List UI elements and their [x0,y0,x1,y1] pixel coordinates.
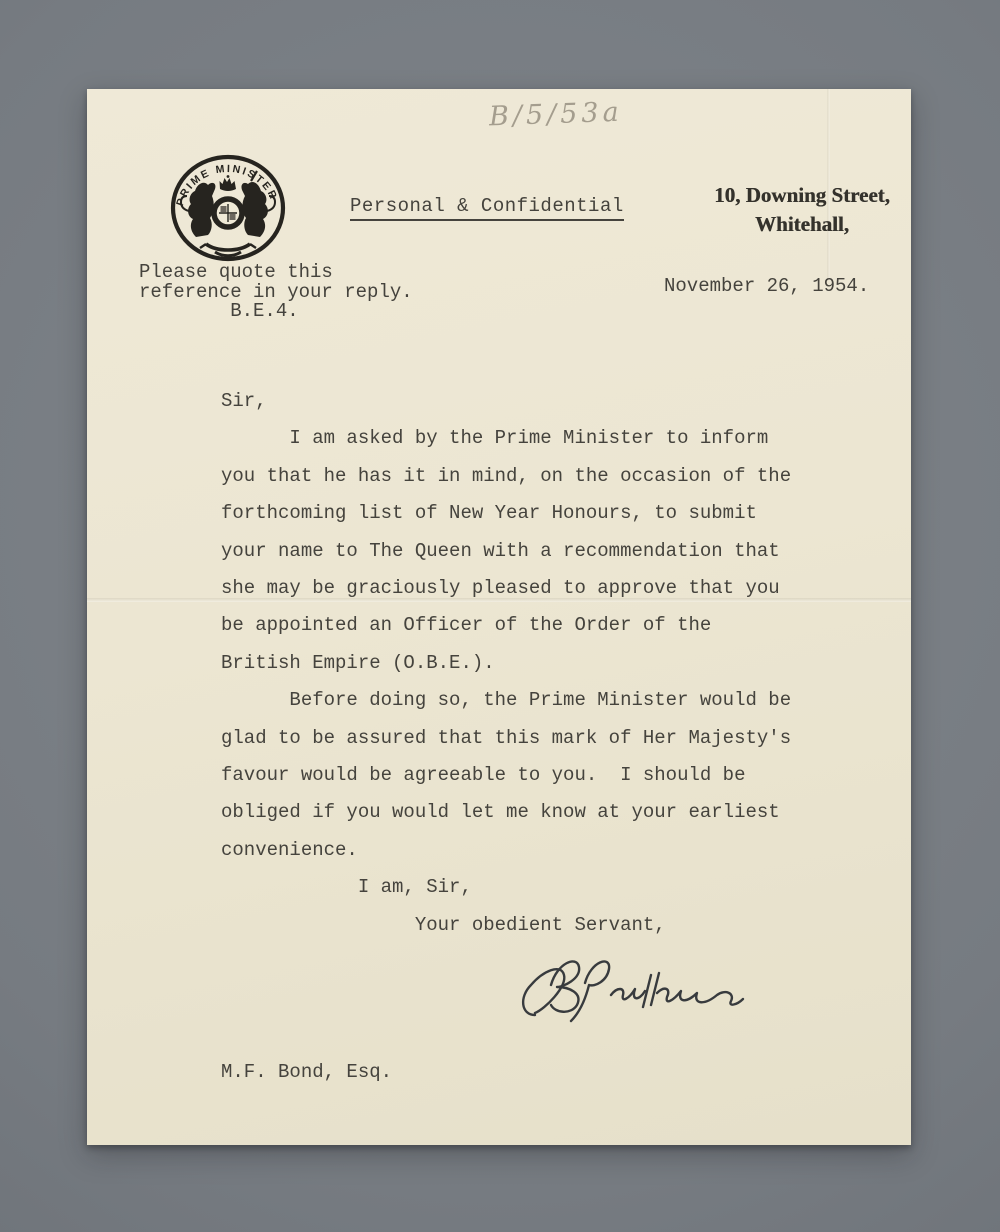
reference-note-line: B.E.4. [139,302,413,322]
address-line: Whitehall, [662,210,942,239]
photo-background: B/5/53a PRIME MINISTER [0,0,1000,1232]
letter-body-line: I am asked by the Prime Minister to info… [221,420,861,457]
letter-body-line: glad to be assured that this mark of Her… [221,720,861,757]
prime-minister-crest-icon: PRIME MINISTER [169,153,287,263]
letter-body: Sir, I am asked by the Prime Minister to… [221,383,861,944]
pencil-archive-reference: B/5/53a [488,97,623,133]
letter-body-line: favour would be agreeable to you. I shou… [221,757,861,794]
letter-body-line: be appointed an Officer of the Order of … [221,607,861,644]
reference-note: Please quote thisreference in your reply… [139,263,413,322]
letter-body-line: Sir, [221,383,861,420]
letterhead-address: 10, Downing Street,Whitehall, [662,181,942,239]
classification-heading: Personal & Confidential [350,195,624,221]
address-line: 10, Downing Street, [662,181,942,210]
letter-body-line: I am, Sir, [221,869,861,906]
letter-body-line: Before doing so, the Prime Minister woul… [221,682,861,719]
letter-body-line: Your obedient Servant, [221,907,861,944]
letter-page: B/5/53a PRIME MINISTER [87,89,911,1145]
letter-body-line: convenience. [221,832,861,869]
letter-date: November 26, 1954. [664,275,869,297]
reference-note-line: Please quote this [139,263,413,283]
signature-scrawl [511,949,751,1037]
letter-body-line: British Empire (O.B.E.). [221,645,861,682]
letter-body-line: your name to The Queen with a recommenda… [221,533,861,570]
recipient-name: M.F. Bond, Esq. [221,1061,392,1083]
letter-body-line: she may be graciously pleased to approve… [221,570,861,607]
letter-body-line: forthcoming list of New Year Honours, to… [221,495,861,532]
letter-body-line: obliged if you would let me know at your… [221,794,861,831]
letter-body-line: you that he has it in mind, on the occas… [221,458,861,495]
